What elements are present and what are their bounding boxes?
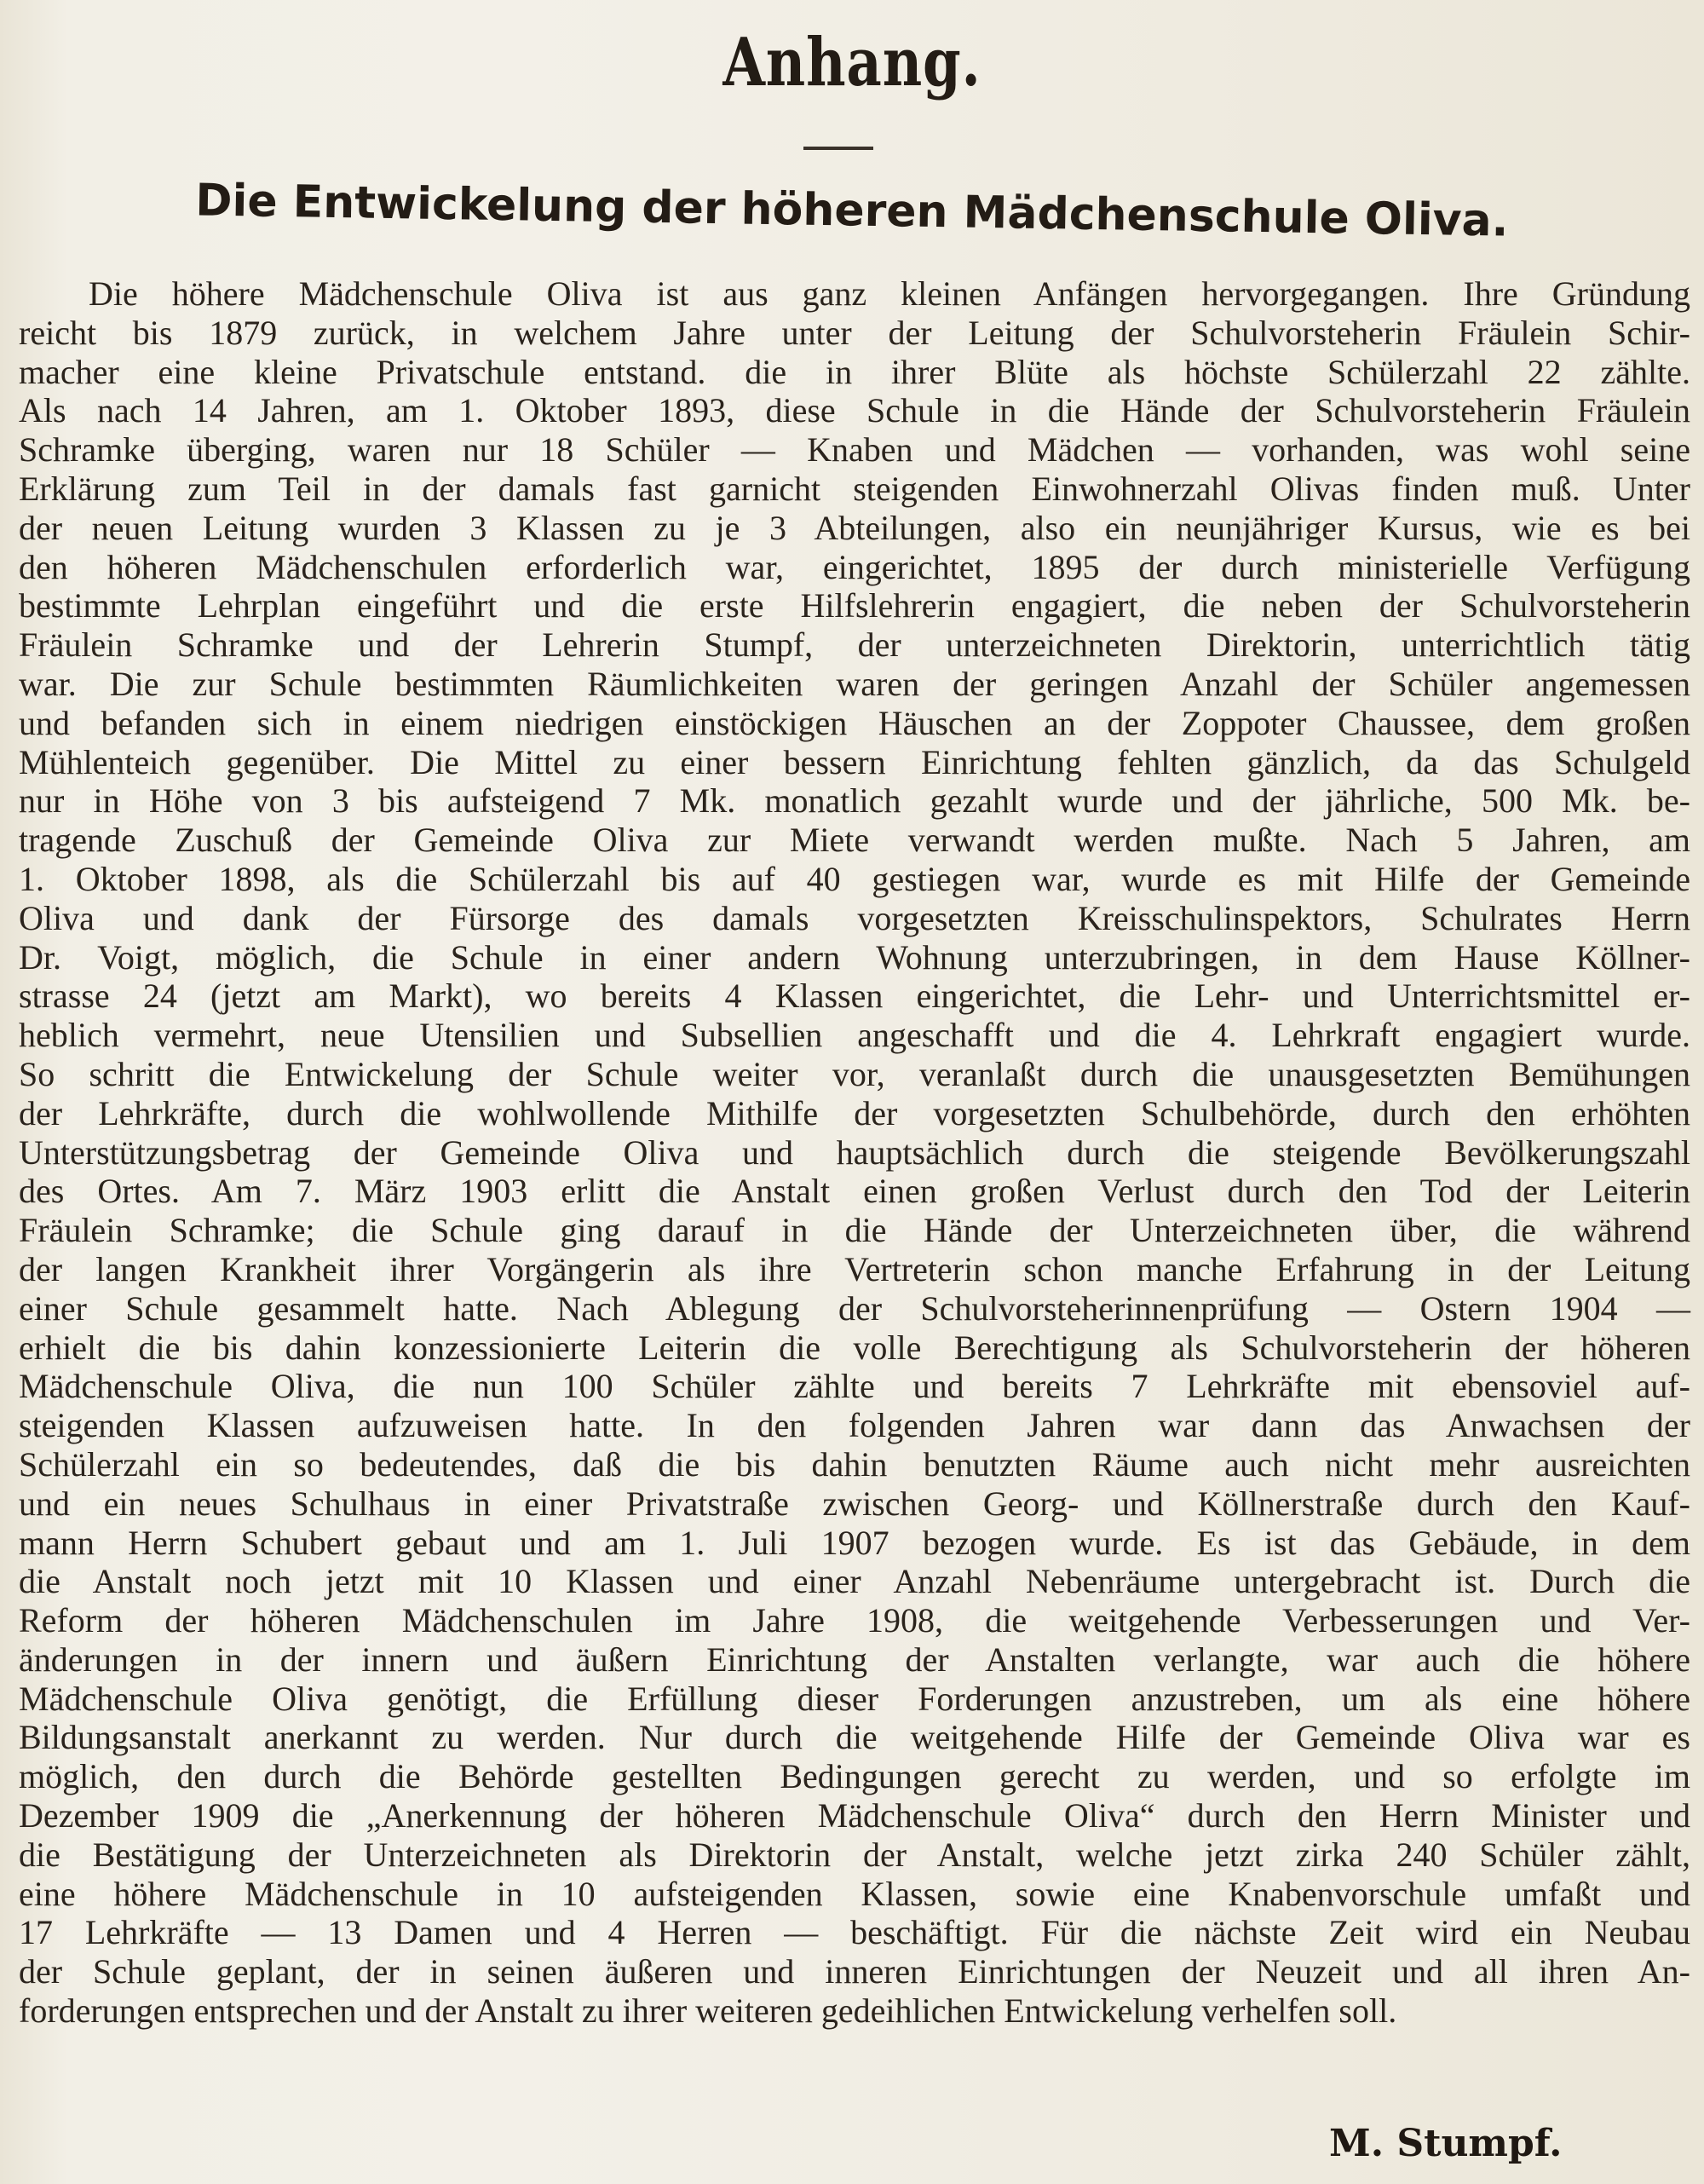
page-heading: Anhang. xyxy=(153,24,1551,101)
text-line: Bildungsanstalt anerkannt zu werden. Nur… xyxy=(19,1718,1690,1757)
text-line: Unterstützungsbetrag der Gemeinde Oliva … xyxy=(19,1133,1690,1173)
text-line: und befanden sich in einem niedrigen ein… xyxy=(19,704,1690,743)
text-line: Schülerzahl ein so bedeutendes, daß die … xyxy=(19,1445,1690,1484)
text-line: So schritt die Entwickelung der Schule w… xyxy=(19,1055,1690,1094)
text-line: nur in Höhe von 3 bis aufsteigend 7 Mk. … xyxy=(19,781,1690,821)
text-line: steigenden Klassen aufzuweisen hatte. In… xyxy=(19,1406,1690,1445)
text-line: Schramke überging, waren nur 18 Schüler … xyxy=(19,430,1690,470)
text-line: eine höhere Mädchenschule in 10 aufsteig… xyxy=(19,1875,1690,1914)
text-line: strasse 24 (jetzt am Markt), wo bereits … xyxy=(19,977,1690,1016)
text-line: der neuen Leitung wurden 3 Klassen zu je… xyxy=(19,509,1690,548)
text-line: Dr. Voigt, möglich, die Schule in einer … xyxy=(19,938,1690,977)
text-line: bestimmte Lehrplan eingeführt und die er… xyxy=(19,586,1690,625)
text-line: macher eine kleine Privatschule entstand… xyxy=(19,353,1690,392)
heading-divider xyxy=(803,147,873,150)
text-line: tragende Zuschuß der Gemeinde Oliva zur … xyxy=(19,821,1690,860)
text-line: Mädchenschule Oliva genötigt, die Erfüll… xyxy=(19,1680,1690,1719)
text-line: Fräulein Schramke und der Lehrerin Stump… xyxy=(19,625,1690,665)
text-line: der langen Krankheit ihrer Vorgängerin a… xyxy=(19,1250,1690,1289)
text-line: 17 Lehrkräfte — 13 Damen und 4 Herren — … xyxy=(19,1913,1690,1952)
text-line: Als nach 14 Jahren, am 1. Oktober 1893, … xyxy=(19,391,1690,430)
text-line: heblich vermehrt, neue Utensilien und Su… xyxy=(19,1016,1690,1055)
text-line: den höheren Mädchenschulen erforderlich … xyxy=(19,548,1690,587)
text-line: der Schule geplant, der in seinen äußere… xyxy=(19,1952,1690,1991)
article-body: Die höhere Mädchenschule Oliva ist aus g… xyxy=(19,274,1690,2031)
text-line: änderungen in der innern und äußern Einr… xyxy=(19,1640,1690,1680)
text-line: 1. Oktober 1898, als die Schülerzahl bis… xyxy=(19,860,1690,899)
text-line: der Lehrkräfte, durch die wohlwollende M… xyxy=(19,1094,1690,1133)
text-line: möglich, den durch die Behörde gestellte… xyxy=(19,1757,1690,1796)
text-line: war. Die zur Schule bestimmten Räumlichk… xyxy=(19,665,1690,704)
text-line: die Anstalt noch jetzt mit 10 Klassen un… xyxy=(19,1562,1690,1601)
text-line: Erklärung zum Teil in der damals fast ga… xyxy=(19,470,1690,509)
text-line: Mädchenschule Oliva, die nun 100 Schüler… xyxy=(19,1367,1690,1406)
text-line: die Bestätigung der Unterzeichneten als … xyxy=(19,1835,1690,1875)
text-line: des Ortes. Am 7. März 1903 erlitt die An… xyxy=(19,1172,1690,1211)
text-line: Mühlenteich gegenüber. Die Mittel zu ein… xyxy=(19,743,1690,782)
text-line: Fräulein Schramke; die Schule ging darau… xyxy=(19,1211,1690,1250)
author-signature: M. Stumpf. xyxy=(1329,2122,1562,2165)
article-title: Die Entwickelung der höheren Mädchenschu… xyxy=(175,175,1530,247)
text-line: Die höhere Mädchenschule Oliva ist aus g… xyxy=(19,274,1690,314)
text-line: reicht bis 1879 zurück, in welchem Jahre… xyxy=(19,314,1690,353)
text-line: Reform der höheren Mädchenschulen im Jah… xyxy=(19,1601,1690,1640)
document-page: Anhang. Die Entwickelung der höheren Mäd… xyxy=(0,0,1704,2184)
text-line: forderungen entsprechen und der Anstalt … xyxy=(19,1991,1690,2031)
text-line: einer Schule gesammelt hatte. Nach Ableg… xyxy=(19,1289,1690,1328)
text-line: mann Herrn Schubert gebaut und am 1. Jul… xyxy=(19,1524,1690,1563)
text-line: Dezember 1909 die „Anerkennung der höher… xyxy=(19,1796,1690,1835)
text-line: erhielt die bis dahin konzessionierte Le… xyxy=(19,1328,1690,1368)
text-line: Oliva und dank der Fürsorge des damals v… xyxy=(19,899,1690,938)
text-line: und ein neues Schulhaus in einer Privats… xyxy=(19,1484,1690,1524)
